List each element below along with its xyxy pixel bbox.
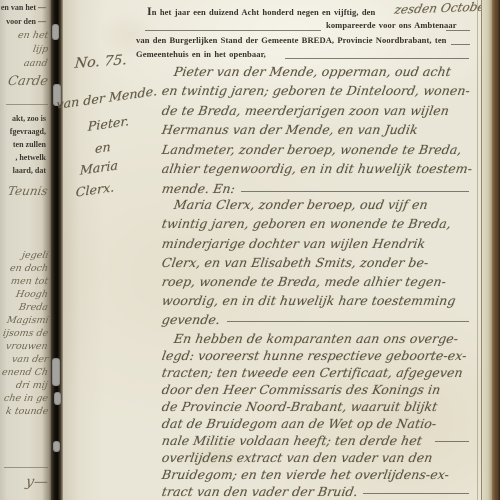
documents-paragraph-line: dat de Bruidegom aan de Wet op de Natio-	[161, 416, 438, 431]
groom-paragraph-line: Pieter van der Mende, opperman, oud acht	[173, 64, 452, 79]
documents-paragraph-line: legd: vooreerst hunne respectieve geboor…	[161, 348, 468, 363]
ruled-line	[451, 44, 470, 45]
documents-paragraph-line: Bruidegom; en ten vierde het overlijdens…	[161, 467, 450, 482]
left-page-printed-fragment: voor den —	[6, 17, 46, 26]
groom-paragraph-line: Hermanus van der Mende, en van Judik	[161, 122, 419, 137]
margin-groom-surname: van der Mende.	[56, 83, 157, 112]
header-printed-line: kompareerde voor ons Ambtenaar	[326, 20, 457, 30]
bride-paragraph-line: twintig jaren, geboren en wonende te Bre…	[161, 216, 452, 231]
left-page-hand-fragment: dri mij	[15, 380, 49, 391]
groom-paragraph-line: mende. En:	[161, 181, 236, 196]
groom-paragraph-line: en twintig jaren; geboren te Dinteloord,…	[161, 83, 471, 98]
left-page-hand-fragment: en doch	[9, 263, 49, 274]
bride-paragraph-line: Clerx, en van Elisabeth Smits, zonder be…	[161, 255, 430, 270]
left-page-hand-fragment: vrouwen	[5, 341, 49, 352]
left-page-hand-fragment: jegeli	[21, 250, 49, 261]
ruled-line	[435, 441, 469, 442]
groom-paragraph-line: de te Breda, meerderjarigen zoon van wij…	[161, 103, 450, 118]
bride-paragraph-line: woordig, en in dit huwelijk hare toestem…	[161, 293, 457, 308]
binding-thread-mark	[53, 441, 60, 452]
documents-paragraph-line: tracten; ten tweede een Certificaat, afg…	[161, 365, 464, 380]
act-number: No. 75.	[74, 52, 127, 72]
bride-paragraph-line: minderjarige dochter van wijlen Hendrik	[161, 236, 427, 251]
ruled-line	[227, 321, 469, 322]
left-page-hand-fragment: Hoogh	[15, 289, 49, 300]
book-binding-gutter	[51, 0, 63, 500]
documents-paragraph-line: de Provincie Noord-Brabant, waaruit blij…	[161, 399, 439, 414]
bride-paragraph-line: Maria Clerx, zonder beroep, oud vijf en	[173, 197, 429, 212]
book-cover-edge	[492, 0, 500, 500]
header-printed-line: In het jaar een duizend Acht honderd neg…	[147, 4, 375, 19]
margin-bride-surname: Clerx.	[76, 179, 115, 199]
left-page-printed-fragment: fgevraagd,	[10, 127, 46, 136]
documents-paragraph-line: nale Militie voldaan heeft; ten derde he…	[161, 433, 423, 448]
groom-paragraph-line: Landmeter, zonder beroep, wonende te Bre…	[161, 142, 463, 157]
left-page-hand-fragment: Carde	[7, 74, 50, 89]
documents-paragraph-line: tract van den vader der Bruid.	[161, 484, 359, 499]
ruled-line	[241, 191, 469, 192]
documents-paragraph-line: door den Heer Commissaris des Konings in	[161, 382, 442, 397]
margin-groom-firstname: Pieter.	[88, 113, 130, 134]
handwritten-date: zesden October.	[393, 0, 494, 17]
left-page-printed-fragment: laard, dat	[13, 166, 46, 175]
previous-page-edge: en van het — voor den — en het lijp aand…	[0, 0, 51, 500]
right-margin-ruled-line	[477, 0, 478, 500]
left-page-hand-fragment: lijp	[32, 44, 49, 55]
groom-paragraph-line: alhier tegenwoordig, en in dit huwelijk …	[161, 161, 473, 176]
left-page-hand-fragment: aand	[23, 58, 48, 69]
left-page-hand-fragment: ijsoms de	[2, 328, 49, 339]
left-page-hand-fragment: enend Ch	[1, 367, 49, 378]
scanned-register-page: { "left_page": { "printed_top": ["en van…	[0, 0, 500, 500]
header-printed-line: van den Burgerlijken Stand der Gemeente …	[136, 35, 447, 45]
left-page-hand-fragment: Magismi	[6, 315, 49, 326]
bride-paragraph-line: roep, wonende te Breda, mede alhier tege…	[161, 274, 447, 289]
left-page-hand-fragment: en het	[17, 30, 49, 41]
ruled-line	[4, 467, 48, 468]
left-page-signature-flourish: y—	[25, 474, 50, 490]
left-page-printed-fragment: en van het —	[1, 3, 46, 12]
documents-paragraph-line: En hebben de komparanten aan ons overge-	[173, 331, 460, 346]
header-printed-line: Gemeentehuis en in het openbaar,	[136, 49, 266, 59]
bride-paragraph-line: gevende.	[161, 312, 221, 327]
binding-thread-mark	[52, 24, 59, 40]
ruled-line	[285, 58, 469, 59]
ruled-line	[145, 30, 321, 31]
left-page-hand-fragment: Breda	[18, 302, 49, 313]
margin-bride-firstname: Maria	[80, 157, 118, 177]
binding-thread-mark	[52, 358, 60, 386]
left-page-hand-fragment: che in ge	[3, 393, 49, 404]
left-page-hand-fragment: van der	[11, 354, 49, 365]
binding-thread-mark	[54, 392, 61, 405]
left-page-printed-fragment: , hetwelk	[15, 153, 46, 162]
documents-paragraph-line: overlijdens extract van den vader van de…	[161, 450, 434, 465]
left-page-hand-fragment: men tot	[10, 276, 49, 287]
ruled-line	[363, 493, 469, 494]
ruled-line	[446, 30, 470, 31]
register-page: In het jaar een duizend Acht honderd neg…	[63, 0, 481, 500]
left-page-hand-flourish: Teunis	[7, 184, 49, 198]
ruled-line	[6, 104, 48, 105]
margin-conjunction: en	[95, 139, 111, 156]
left-page-printed-fragment: akt, zoo is	[12, 114, 46, 123]
left-page-hand-fragment: k tounde	[5, 406, 49, 417]
left-page-printed-fragment: ten zullen	[13, 140, 46, 149]
